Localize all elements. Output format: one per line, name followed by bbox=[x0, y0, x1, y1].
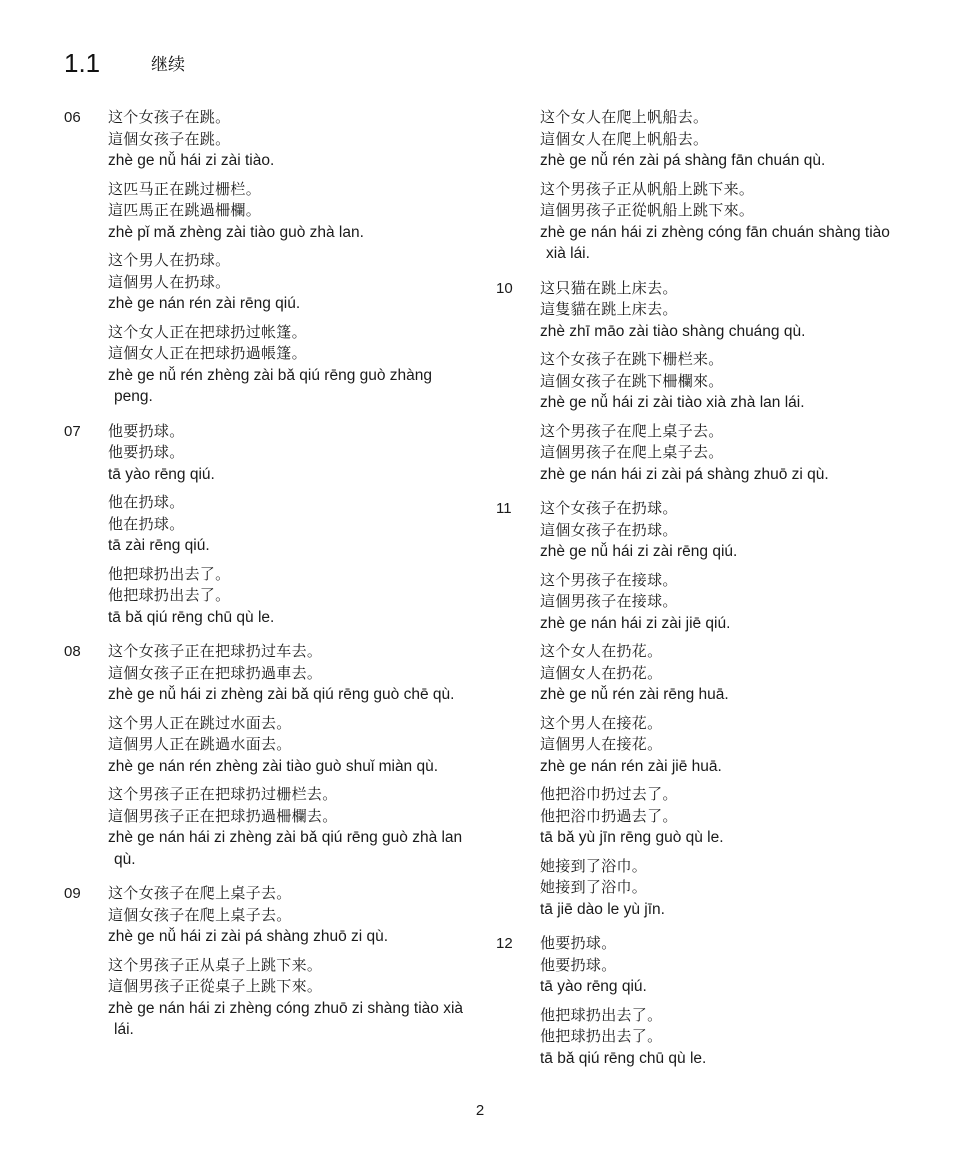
sentence-group: 这个女人在爬上帆船去。這個女人在爬上帆船去。zhè ge nǚ rén zài … bbox=[496, 107, 896, 265]
sentence-group: 06这个女孩子在跳。這個女孩子在跳。zhè ge nǚ hái zi zài t… bbox=[64, 107, 464, 408]
sentence-entry: 这个女人在爬上帆船去。這個女人在爬上帆船去。zhè ge nǚ rén zài … bbox=[540, 107, 896, 172]
pinyin-text: zhè ge nǚ hái zi zài pá shàng zhuō zi qù… bbox=[108, 926, 468, 948]
traditional-chinese: 這個男孩子在爬上桌子去。 bbox=[540, 442, 896, 464]
pinyin: tā zài rēng qiú. bbox=[108, 535, 468, 557]
simplified-chinese: 他要扔球。 bbox=[108, 421, 464, 443]
pinyin: zhè ge nán rén zài jiē huā. bbox=[540, 756, 900, 778]
simplified-chinese: 这匹马正在跳过栅栏。 bbox=[108, 179, 464, 201]
sentence-entry: 他要扔球。他要扔球。tā yào rēng qiú. bbox=[108, 421, 464, 486]
sentence-entry: 这个女人正在把球扔过帐篷。這個女人正在把球扔過帳篷。zhè ge nǚ rén … bbox=[108, 322, 464, 408]
sentence-entry: 这个男孩子正在把球扔过栅栏去。這個男孩子正在把球扔過柵欄去。zhè ge nán… bbox=[108, 784, 464, 870]
group-number: 10 bbox=[496, 278, 513, 299]
sentence-entry: 他把浴巾扔过去了。他把浴巾扔過去了。tā bǎ yù jīn rēng guò … bbox=[540, 784, 896, 849]
sentence-entry: 这个女孩子在扔球。這個女孩子在扔球。zhè ge nǚ hái zi zài r… bbox=[540, 498, 896, 563]
simplified-chinese: 这个女孩子在跳。 bbox=[108, 107, 464, 129]
pinyin-text: tā bǎ qiú rēng chū qù le. bbox=[108, 607, 468, 629]
sentence-entry: 这个男孩子在爬上桌子去。這個男孩子在爬上桌子去。zhè ge nán hái z… bbox=[540, 421, 896, 486]
pinyin-text: zhè ge nǚ hái zi zài tiào. bbox=[108, 150, 468, 172]
traditional-chinese: 這個男人在扔球。 bbox=[108, 272, 464, 294]
sentence-entry: 这个女孩子在跳下栅栏来。這個女孩子在跳下柵欄來。zhè ge nǚ hái zi… bbox=[540, 349, 896, 414]
pinyin: tā yào rēng qiú. bbox=[540, 976, 900, 998]
traditional-chinese: 這個女人正在把球扔過帳篷。 bbox=[108, 343, 464, 365]
simplified-chinese: 他把球扔出去了。 bbox=[540, 1005, 896, 1027]
pinyin-text: zhè ge nán hái zi zài pá shàng zhuō zi q… bbox=[540, 464, 900, 486]
sentence-group: 10这只猫在跳上床去。這隻貓在跳上床去。zhè zhī māo zài tiào… bbox=[496, 278, 896, 486]
simplified-chinese: 这个男人在扔球。 bbox=[108, 250, 464, 272]
pinyin-text: tā bǎ yù jīn rēng guò qù le. bbox=[540, 827, 900, 849]
sentence-entry: 这个男孩子在接球。這個男孩子在接球。zhè ge nán hái zi zài … bbox=[540, 570, 896, 635]
group-number: 09 bbox=[64, 883, 81, 904]
sentence-entry: 这个男孩子正从桌子上跳下来。這個男孩子正從桌子上跳下來。zhè ge nán h… bbox=[108, 955, 464, 1041]
group-number: 07 bbox=[64, 421, 81, 442]
traditional-chinese: 這個男人正在跳過水面去。 bbox=[108, 734, 464, 756]
simplified-chinese: 这个男人正在跳过水面去。 bbox=[108, 713, 464, 735]
sentence-entry: 她接到了浴巾。她接到了浴巾。tā jiē dào le yù jīn. bbox=[540, 856, 896, 921]
traditional-chinese: 她接到了浴巾。 bbox=[540, 877, 896, 899]
pinyin: zhè ge nán rén zhèng zài tiào guò shuǐ m… bbox=[108, 756, 468, 778]
traditional-chinese: 他把球扔出去了。 bbox=[540, 1026, 896, 1048]
sentence-entry: 这个女孩子在爬上桌子去。這個女孩子在爬上桌子去。zhè ge nǚ hái zi… bbox=[108, 883, 464, 948]
pinyin-text: zhè ge nǚ hái zi zài tiào xià zhà lan lá… bbox=[540, 392, 900, 414]
traditional-chinese: 他要扔球。 bbox=[108, 442, 464, 464]
traditional-chinese: 這個女孩子在扔球。 bbox=[540, 520, 896, 542]
traditional-chinese: 這個男孩子在接球。 bbox=[540, 591, 896, 613]
pinyin-text: zhè ge nǚ rén zhèng zài bǎ qiú rēng guò … bbox=[108, 365, 468, 408]
group-number: 06 bbox=[64, 107, 81, 128]
pinyin-text: tā jiē dào le yù jīn. bbox=[540, 899, 900, 921]
traditional-chinese: 他要扔球。 bbox=[540, 955, 896, 977]
pinyin: zhè ge nǚ hái zi zài pá shàng zhuō zi qù… bbox=[108, 926, 468, 948]
pinyin-text: zhè ge nǚ hái zi zài rēng qiú. bbox=[540, 541, 900, 563]
traditional-chinese: 這個女人在爬上帆船去。 bbox=[540, 129, 896, 151]
pinyin-text: zhè zhī māo zài tiào shàng chuáng qù. bbox=[540, 321, 900, 343]
sentence-entry: 他要扔球。他要扔球。tā yào rēng qiú. bbox=[540, 933, 896, 998]
pinyin: tā jiē dào le yù jīn. bbox=[540, 899, 900, 921]
traditional-chinese: 這個男人在接花。 bbox=[540, 734, 896, 756]
pinyin-text: zhè pǐ mǎ zhèng zài tiào guò zhà lan. bbox=[108, 222, 468, 244]
pinyin: zhè ge nán hái zi zài jiē qiú. bbox=[540, 613, 900, 635]
traditional-chinese: 他把浴巾扔過去了。 bbox=[540, 806, 896, 828]
simplified-chinese: 这个女孩子在爬上桌子去。 bbox=[108, 883, 464, 905]
traditional-chinese: 這個男孩子正從桌子上跳下來。 bbox=[108, 976, 464, 998]
simplified-chinese: 他要扔球。 bbox=[540, 933, 896, 955]
simplified-chinese: 这个男孩子正从桌子上跳下来。 bbox=[108, 955, 464, 977]
pinyin-text: zhè ge nán hái zi zài jiē qiú. bbox=[540, 613, 900, 635]
sentence-group: 08这个女孩子正在把球扔过车去。這個女孩子正在把球扔過車去。zhè ge nǚ … bbox=[64, 641, 464, 870]
sentence-entry: 这只猫在跳上床去。這隻貓在跳上床去。zhè zhī māo zài tiào s… bbox=[540, 278, 896, 343]
pinyin: zhè ge nán rén zài rēng qiú. bbox=[108, 293, 468, 315]
sentence-group: 07他要扔球。他要扔球。tā yào rēng qiú.他在扔球。他在扔球。tā… bbox=[64, 421, 464, 629]
sentence-entry: 他在扔球。他在扔球。tā zài rēng qiú. bbox=[108, 492, 464, 557]
pinyin-text: tā bǎ qiú rēng chū qù le. bbox=[540, 1048, 900, 1070]
pinyin: zhè ge nǚ rén zài pá shàng fān chuán qù. bbox=[540, 150, 900, 172]
sentence-entry: 这个女孩子正在把球扔过车去。這個女孩子正在把球扔過車去。zhè ge nǚ há… bbox=[108, 641, 464, 706]
pinyin-text: tā zài rēng qiú. bbox=[108, 535, 468, 557]
left-column: 06这个女孩子在跳。這個女孩子在跳。zhè ge nǚ hái zi zài t… bbox=[64, 107, 464, 1054]
simplified-chinese: 这个男孩子在爬上桌子去。 bbox=[540, 421, 896, 443]
traditional-chinese: 這隻貓在跳上床去。 bbox=[540, 299, 896, 321]
sentence-entry: 这个男孩子正从帆船上跳下来。這個男孩子正從帆船上跳下來。zhè ge nán h… bbox=[540, 179, 896, 265]
simplified-chinese: 这个男孩子正在把球扔过栅栏去。 bbox=[108, 784, 464, 806]
simplified-chinese: 这个女孩子正在把球扔过车去。 bbox=[108, 641, 464, 663]
sentence-entry: 这匹马正在跳过栅栏。這匹馬正在跳過柵欄。zhè pǐ mǎ zhèng zài … bbox=[108, 179, 464, 244]
simplified-chinese: 他在扔球。 bbox=[108, 492, 464, 514]
pinyin-text: zhè ge nán rén zài rēng qiú. bbox=[108, 293, 468, 315]
traditional-chinese: 這匹馬正在跳過柵欄。 bbox=[108, 200, 464, 222]
pinyin: zhè pǐ mǎ zhèng zài tiào guò zhà lan. bbox=[108, 222, 468, 244]
pinyin: tā bǎ qiú rēng chū qù le. bbox=[540, 1048, 900, 1070]
sentence-entry: 这个女人在扔花。這個女人在扔花。zhè ge nǚ rén zài rēng h… bbox=[540, 641, 896, 706]
pinyin: zhè ge nǚ hái zi zhèng zài bǎ qiú rēng g… bbox=[108, 684, 468, 706]
traditional-chinese: 這個男孩子正從帆船上跳下來。 bbox=[540, 200, 896, 222]
pinyin-text: zhè ge nǚ rén zài pá shàng fān chuán qù. bbox=[540, 150, 900, 172]
pinyin-text: zhè ge nán rén zài jiē huā. bbox=[540, 756, 900, 778]
traditional-chinese: 這個女孩子正在把球扔過車去。 bbox=[108, 663, 464, 685]
pinyin-text: zhè ge nán hái zi zhèng cóng fān chuán s… bbox=[540, 222, 900, 265]
traditional-chinese: 這個女人在扔花。 bbox=[540, 663, 896, 685]
traditional-chinese: 這個女孩子在跳下柵欄來。 bbox=[540, 371, 896, 393]
pinyin: zhè ge nǚ hái zi zài rēng qiú. bbox=[540, 541, 900, 563]
chapter-number: 1.1 bbox=[64, 48, 100, 79]
simplified-chinese: 这个女人在爬上帆船去。 bbox=[540, 107, 896, 129]
simplified-chinese: 这个女人正在把球扔过帐篷。 bbox=[108, 322, 464, 344]
right-column: 这个女人在爬上帆船去。這個女人在爬上帆船去。zhè ge nǚ rén zài … bbox=[496, 107, 896, 1082]
pinyin-text: tā yào rēng qiú. bbox=[540, 976, 900, 998]
sentence-entry: 他把球扔出去了。他把球扔出去了。tā bǎ qiú rēng chū qù le… bbox=[540, 1005, 896, 1070]
sentence-entry: 他把球扔出去了。他把球扔出去了。tā bǎ qiú rēng chū qù le… bbox=[108, 564, 464, 629]
traditional-chinese: 他把球扔出去了。 bbox=[108, 585, 464, 607]
simplified-chinese: 这个女孩子在跳下栅栏来。 bbox=[540, 349, 896, 371]
sentence-entry: 这个男人在扔球。這個男人在扔球。zhè ge nán rén zài rēng … bbox=[108, 250, 464, 315]
page-number: 2 bbox=[0, 1102, 960, 1119]
pinyin: tā yào rēng qiú. bbox=[108, 464, 468, 486]
sentence-group: 09这个女孩子在爬上桌子去。這個女孩子在爬上桌子去。zhè ge nǚ hái … bbox=[64, 883, 464, 1041]
pinyin-text: zhè ge nán rén zhèng zài tiào guò shuǐ m… bbox=[108, 756, 468, 778]
simplified-chinese: 这个男孩子正从帆船上跳下来。 bbox=[540, 179, 896, 201]
pinyin-text: zhè ge nǚ hái zi zhèng zài bǎ qiú rēng g… bbox=[108, 684, 468, 706]
pinyin-text: zhè ge nán hái zi zhèng zài bǎ qiú rēng … bbox=[108, 827, 468, 870]
sentence-entry: 这个女孩子在跳。這個女孩子在跳。zhè ge nǚ hái zi zài tià… bbox=[108, 107, 464, 172]
sentence-entry: 这个男人正在跳过水面去。這個男人正在跳過水面去。zhè ge nán rén z… bbox=[108, 713, 464, 778]
traditional-chinese: 這個女孩子在爬上桌子去。 bbox=[108, 905, 464, 927]
chapter-title: 继续 bbox=[151, 50, 185, 75]
simplified-chinese: 这只猫在跳上床去。 bbox=[540, 278, 896, 300]
group-number: 08 bbox=[64, 641, 81, 662]
pinyin: tā bǎ yù jīn rēng guò qù le. bbox=[540, 827, 900, 849]
pinyin: zhè ge nǚ rén zài rēng huā. bbox=[540, 684, 900, 706]
pinyin: zhè ge nǚ rén zhèng zài bǎ qiú rēng guò … bbox=[108, 365, 468, 408]
pinyin: zhè ge nǚ hái zi zài tiào. bbox=[108, 150, 468, 172]
pinyin: zhè ge nán hái zi zhèng cóng fān chuán s… bbox=[540, 222, 900, 265]
simplified-chinese: 她接到了浴巾。 bbox=[540, 856, 896, 878]
sentence-group: 12他要扔球。他要扔球。tā yào rēng qiú.他把球扔出去了。他把球扔… bbox=[496, 933, 896, 1069]
sentence-entry: 这个男人在接花。這個男人在接花。zhè ge nán rén zài jiē h… bbox=[540, 713, 896, 778]
pinyin-text: zhè ge nán hái zi zhèng cóng zhuō zi shà… bbox=[108, 998, 468, 1041]
pinyin-text: tā yào rēng qiú. bbox=[108, 464, 468, 486]
simplified-chinese: 这个女孩子在扔球。 bbox=[540, 498, 896, 520]
simplified-chinese: 他把浴巾扔过去了。 bbox=[540, 784, 896, 806]
simplified-chinese: 这个男孩子在接球。 bbox=[540, 570, 896, 592]
pinyin: zhè zhī māo zài tiào shàng chuáng qù. bbox=[540, 321, 900, 343]
simplified-chinese: 这个男人在接花。 bbox=[540, 713, 896, 735]
traditional-chinese: 他在扔球。 bbox=[108, 514, 464, 536]
simplified-chinese: 这个女人在扔花。 bbox=[540, 641, 896, 663]
pinyin: zhè ge nán hái zi zhèng cóng zhuō zi shà… bbox=[108, 998, 468, 1041]
pinyin: zhè ge nán hái zi zài pá shàng zhuō zi q… bbox=[540, 464, 900, 486]
pinyin: tā bǎ qiú rēng chū qù le. bbox=[108, 607, 468, 629]
sentence-group: 11这个女孩子在扔球。這個女孩子在扔球。zhè ge nǚ hái zi zài… bbox=[496, 498, 896, 920]
simplified-chinese: 他把球扔出去了。 bbox=[108, 564, 464, 586]
pinyin: zhè ge nán hái zi zhèng zài bǎ qiú rēng … bbox=[108, 827, 468, 870]
traditional-chinese: 這個男孩子正在把球扔過柵欄去。 bbox=[108, 806, 464, 828]
pinyin-text: zhè ge nǚ rén zài rēng huā. bbox=[540, 684, 900, 706]
group-number: 11 bbox=[496, 498, 512, 519]
traditional-chinese: 這個女孩子在跳。 bbox=[108, 129, 464, 151]
pinyin: zhè ge nǚ hái zi zài tiào xià zhà lan lá… bbox=[540, 392, 900, 414]
group-number: 12 bbox=[496, 933, 513, 954]
